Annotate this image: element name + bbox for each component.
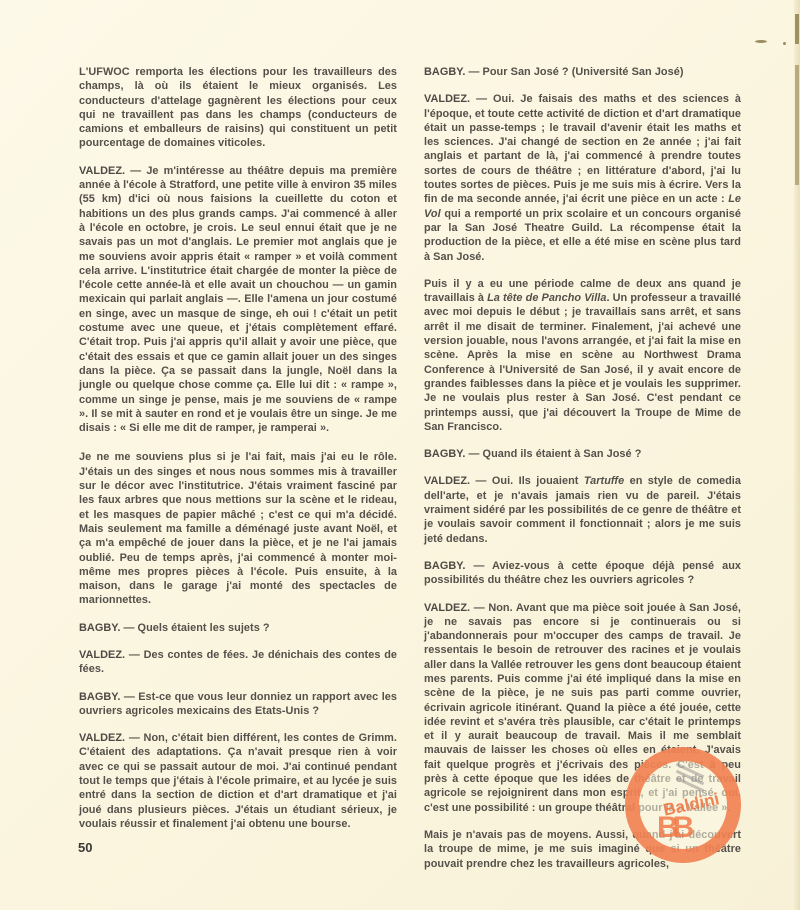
paragraph: BAGBY. — Pour San José ? (Université San… [424,65,741,79]
paper-speck [755,40,767,43]
edge-mark [795,65,799,185]
paragraph: BAGBY. — Quels étaient les sujets ? [79,621,397,635]
paper-speck [783,42,786,45]
speaker-label: BAGBY. [424,66,465,78]
edge-mark [795,14,799,44]
paragraph: Je ne me souviens plus si je l'ai fait, … [79,450,397,607]
paragraph: L'UFWOC remporta les élections pour les … [79,65,397,151]
paragraph: VALDEZ. — Non, c'était bien différent, l… [79,731,397,831]
library-stamp: Baldini BB [625,747,741,863]
speaker-label: VALDEZ. [79,165,125,177]
speaker-label: BAGBY. [79,622,120,634]
page-number: 50 [78,840,92,855]
paragraph: BAGBY. — Aviez-vous à cette époque déjà … [424,559,741,588]
speaker-label: BAGBY. [424,448,465,460]
stamp-monogram: BB [657,811,688,845]
paragraph: VALDEZ. — Oui. Ils jouaient Tartuffe en … [424,474,741,545]
speaker-label: BAGBY. [424,560,465,572]
speaker-label: VALDEZ. [424,93,470,105]
work-title: Tartuffe [584,475,624,487]
paragraph: VALDEZ. — Oui. Je faisais des maths et d… [424,92,741,264]
paragraph: VALDEZ. — Des contes de fées. Je dénicha… [79,648,397,677]
speaker-label: VALDEZ. [79,649,125,661]
work-title: La tête de Pancho Villa [487,292,606,304]
paragraph: VALDEZ. — Je m'intéresse au théâtre depu… [79,164,397,436]
paragraph: BAGBY. — Est-ce que vous leur donniez un… [79,690,397,719]
speaker-label: VALDEZ. [424,475,470,487]
left-column: L'UFWOC remporta les élections pour les … [79,65,397,844]
paragraph: Puis il y a eu une période calme de deux… [424,277,741,434]
speaker-label: BAGBY. [79,691,120,703]
magazine-page: L'UFWOC remporta les élections pour les … [0,0,800,910]
speaker-label: VALDEZ. [79,732,125,744]
paragraph: BAGBY. — Quand ils étaient à San José ? [424,447,741,461]
speaker-label: VALDEZ. [424,602,470,614]
